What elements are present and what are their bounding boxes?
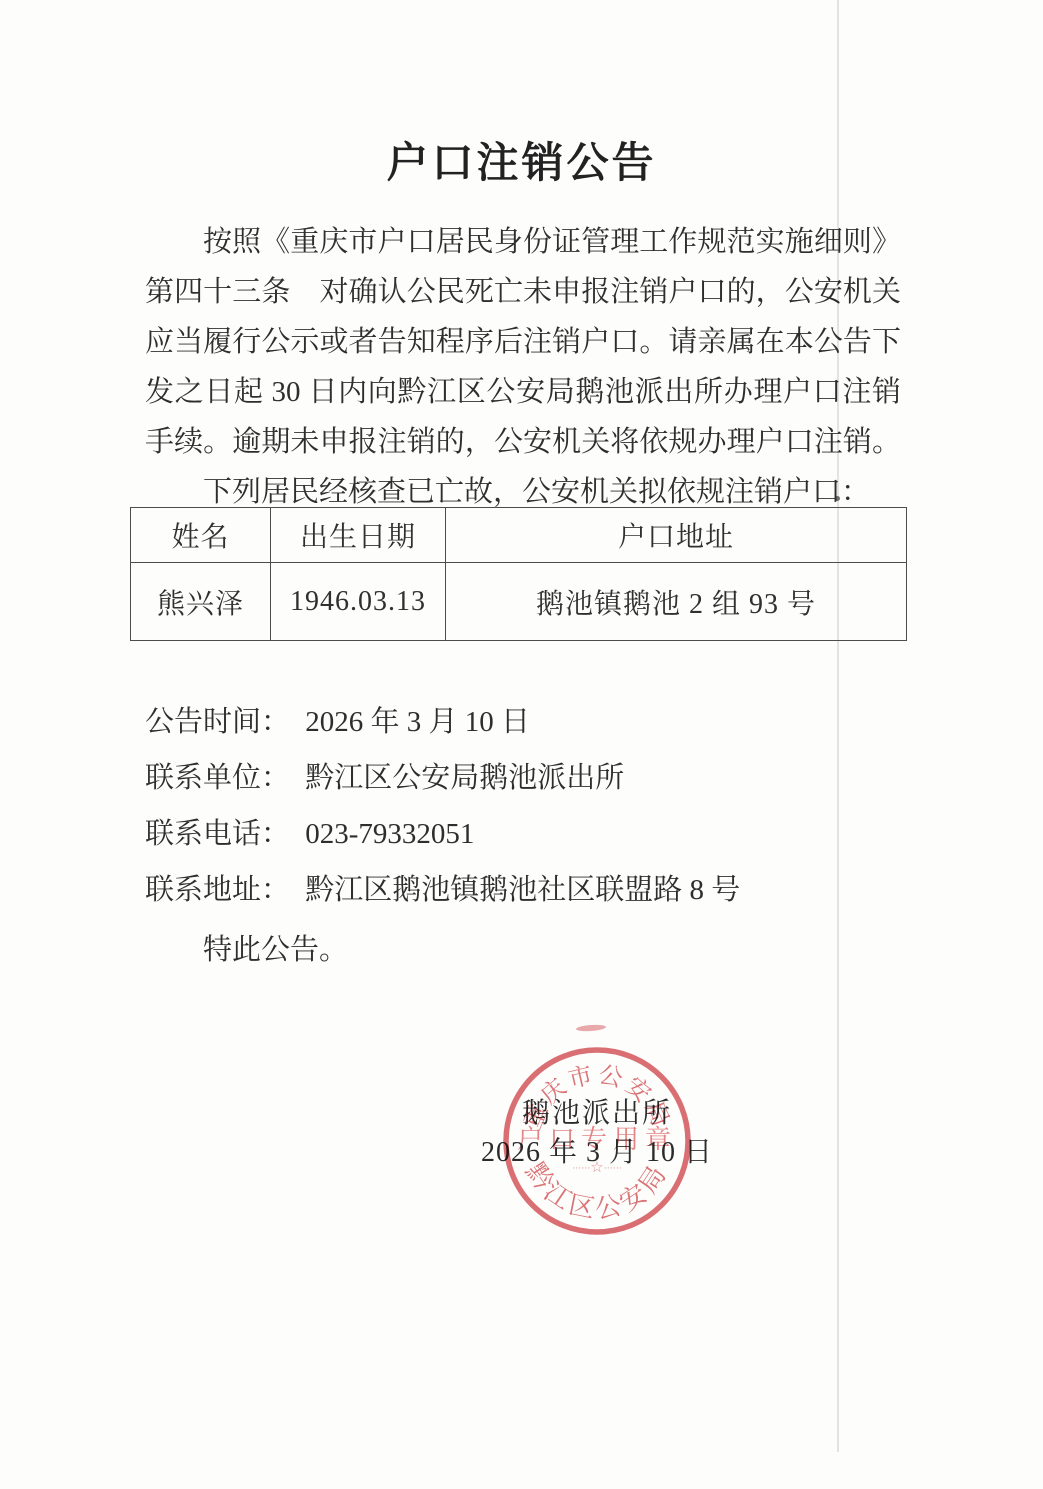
body-line: 发之日起 30 日内向黔江区公安局鹅池派出所办理户口注销 (145, 367, 901, 417)
body-paragraph: 按照《重庆市户口居民身份证管理工作规范实施细则》 第四十三条 对确认公民死亡未申… (145, 217, 901, 467)
contact-label: 联系单位： (145, 750, 298, 806)
seal-ring-top-text: 重庆市公安局 (519, 1061, 674, 1133)
contact-line-address: 联系地址： 黔江区鹅池镇鹅池社区联盟路 8 号 (145, 862, 905, 918)
page-title: 户口注销公告 (0, 130, 1043, 190)
contact-value: 黔江区鹅池镇鹅池社区联盟路 8 号 (305, 874, 740, 906)
svg-text:重庆市公安局: 重庆市公安局 (519, 1061, 674, 1133)
seal-code-left: ······ (572, 1163, 590, 1173)
contact-line-time: 公告时间： 2026 年 3 月 10 日 (145, 694, 905, 750)
body-line: 手续。逾期未申报注销的，公安机关将依规办理户口注销。 (145, 417, 901, 467)
table-row: 熊兴泽 1946.03.13 鹅池镇鹅池 2 组 93 号 (131, 563, 907, 641)
contact-line-unit: 联系单位： 黔江区公安局鹅池派出所 (145, 750, 905, 806)
scanned-notice-page: 户口注销公告 按照《重庆市户口居民身份证管理工作规范实施细则》 第四十三条 对确… (0, 0, 1043, 1489)
cell-address: 鹅池镇鹅池 2 组 93 号 (446, 563, 907, 641)
official-seal-stamp: 重庆市公安局 户口专用章 ······☆······ 黔江区公安局 (477, 1021, 717, 1261)
header-birthdate: 出生日期 (271, 508, 446, 563)
body-line: 应当履行公示或者告知程序后注销户口。请亲属在本公告下 (145, 317, 901, 367)
contact-label: 联系电话： (145, 806, 298, 862)
header-name: 姓名 (131, 508, 271, 563)
seal-star-icon: ☆ (590, 1160, 603, 1176)
cell-birthdate: 1946.03.13 (271, 563, 446, 641)
seal-code-right: ······ (604, 1163, 622, 1173)
seal-smudge (576, 1024, 606, 1032)
table-header-row: 姓名 出生日期 户口地址 (131, 508, 907, 563)
contact-label: 联系地址： (145, 862, 298, 918)
contact-label: 公告时间： (145, 694, 298, 750)
contact-block: 公告时间： 2026 年 3 月 10 日 联系单位： 黔江区公安局鹅池派出所 … (145, 694, 905, 918)
header-address: 户口地址 (446, 508, 907, 563)
contact-value: 2026 年 3 月 10 日 (305, 706, 530, 738)
deceased-residents-table: 姓名 出生日期 户口地址 熊兴泽 1946.03.13 鹅池镇鹅池 2 组 93… (130, 507, 907, 641)
contact-line-phone: 联系电话： 023-79332051 (145, 806, 905, 862)
body-line: 按照《重庆市户口居民身份证管理工作规范实施细则》 (145, 217, 901, 267)
contact-value: 黔江区公安局鹅池派出所 (305, 762, 624, 794)
seal-center-text: 户口专用章 (517, 1125, 677, 1154)
contact-value: 023-79332051 (305, 818, 474, 850)
seal-code-line: ······☆······ (572, 1160, 621, 1176)
body-line: 第四十三条 对确认公民死亡未申报注销户口的，公安机关 (145, 267, 901, 317)
closing-line: 特此公告。 (203, 925, 348, 975)
cell-name: 熊兴泽 (131, 563, 271, 641)
